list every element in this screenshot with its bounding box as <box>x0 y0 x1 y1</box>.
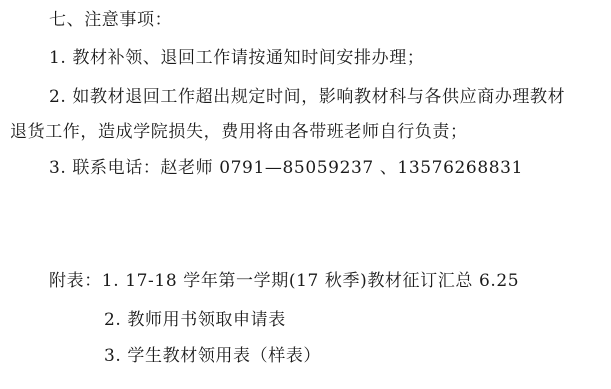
notice-item-3-contact: 3. 联系电话：赵老师 0791—85059237 、13576268831 <box>49 157 523 179</box>
notice-item-1: 1. 教材补领、退回工作请按通知时间安排办理； <box>49 47 424 69</box>
section-heading-notice: 七、注意事项： <box>49 9 172 31</box>
notice-item-2: 2. 如教材退回工作超出规定时间，影响教材科与各供应商办理教材 <box>49 86 565 108</box>
appendix-item-2: 2. 教师用书领取申请表 <box>104 309 286 331</box>
appendix-item-3: 3. 学生教材领用表（样表） <box>104 345 321 367</box>
notice-item-2-continuation: 退货工作，造成学院损失，费用将由各带班老师自行负责； <box>10 121 468 143</box>
appendix-item-1: 附表：1. 17-18 学年第一学期(17 秋季)教材征订汇总 6.25 <box>49 270 519 292</box>
